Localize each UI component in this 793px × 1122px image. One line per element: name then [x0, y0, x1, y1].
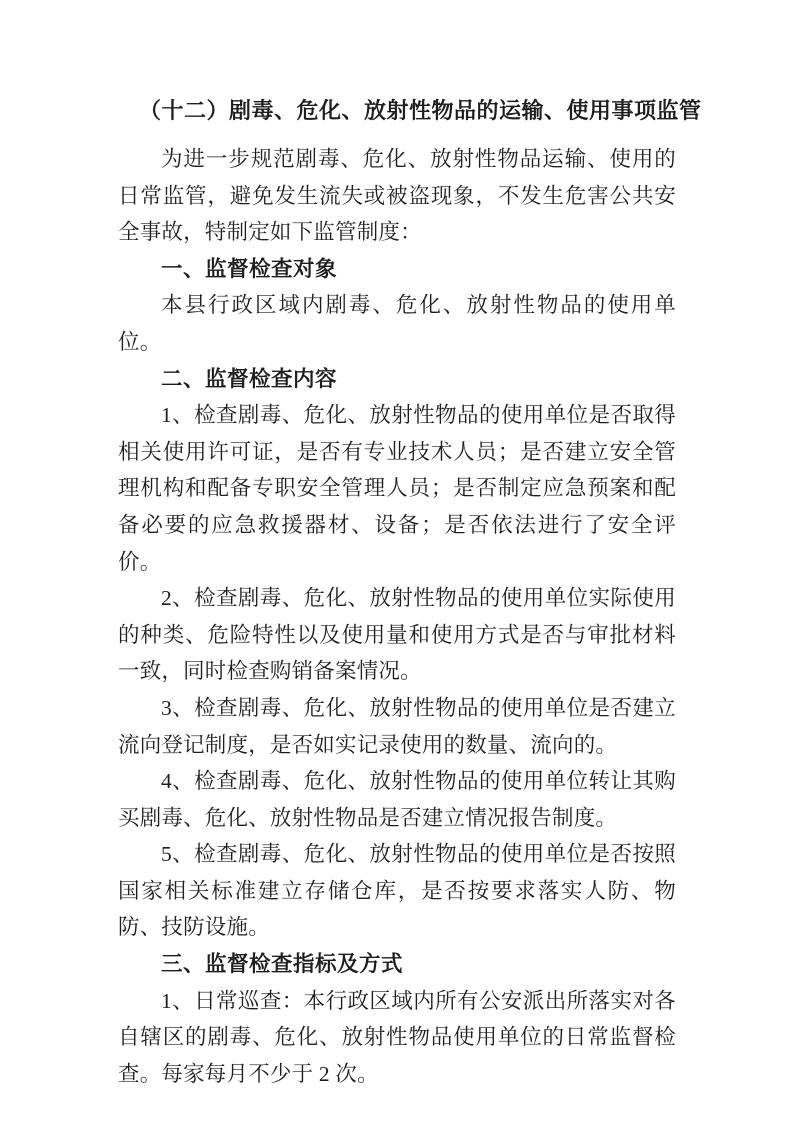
body-paragraph: 为进一步规范剧毒、危化、放射性物品运输、使用的日常监管，避免发生流失或被盗现象，…: [118, 141, 676, 251]
body-paragraph: 本县行政区域内剧毒、危化、放射性物品的使用单位。: [118, 287, 676, 360]
body-paragraph: 3、检查剧毒、危化、放射性物品的使用单位是否建立流向登记制度，是否如实记录使用的…: [118, 690, 676, 763]
section-heading: 三、监督检查指标及方式: [118, 946, 676, 983]
document-page: （十二）剧毒、危化、放射性物品的运输、使用事项监管 为进一步规范剧毒、危化、放射…: [0, 0, 793, 1122]
document-title: （十二）剧毒、危化、放射性物品的运输、使用事项监管: [118, 87, 676, 134]
body-paragraph: 1、日常巡查：本行政区域内所有公安派出所落实对各自辖区的剧毒、危化、放射性物品使…: [118, 983, 676, 1093]
body-paragraph: 5、检查剧毒、危化、放射性物品的使用单位是否按照国家相关标准建立存储仓库，是否按…: [118, 836, 676, 946]
body-paragraph: 1、检查剧毒、危化、放射性物品的使用单位是否取得相关使用许可证，是否有专业技术人…: [118, 397, 676, 580]
section-heading: 一、监督检查对象: [118, 251, 676, 288]
body-paragraph: 4、检查剧毒、危化、放射性物品的使用单位转让其购买剧毒、危化、放射性物品是否建立…: [118, 763, 676, 836]
body-paragraph: 2、检查剧毒、危化、放射性物品的使用单位实际使用的种类、危险特性以及使用量和使用…: [118, 580, 676, 690]
section-heading: 二、监督检查内容: [118, 361, 676, 398]
document-body: 为进一步规范剧毒、危化、放射性物品运输、使用的日常监管，避免发生流失或被盗现象，…: [118, 141, 676, 1092]
